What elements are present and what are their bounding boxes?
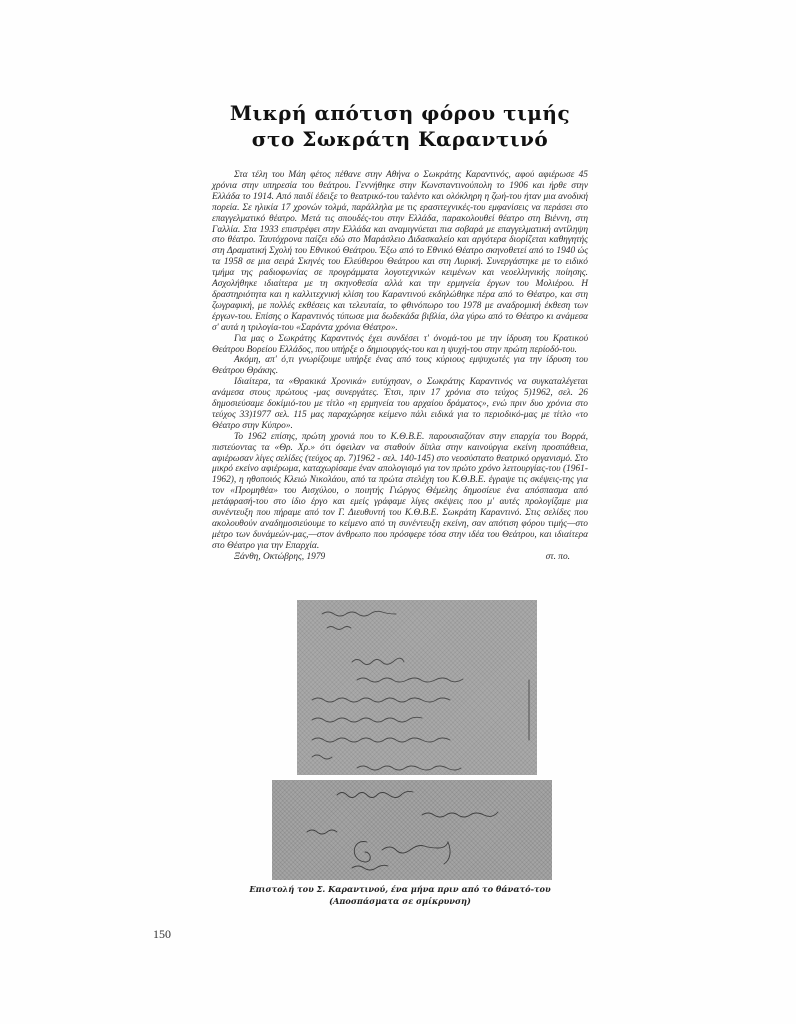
title-line-1: Μικρή απότιση φόρου τιμής [210, 100, 590, 126]
paragraph-5: Το 1962 επίσης, πρώτη χρονιά που το Κ.Θ.… [212, 432, 588, 552]
handwriting-signature [272, 780, 552, 880]
handwritten-letter-image-top [297, 600, 537, 775]
signoff: Ξάνθη, Οκτώβρης, 1979 στ. πο. [212, 552, 588, 563]
handwriting-scribbles [297, 600, 537, 775]
paragraph-2: Για μας ο Σωκράτης Καραντινός έχει συνδέ… [212, 334, 588, 356]
paragraph-3: Ακόμη, απ' ό,τι γνωρίζουμε υπήρξε ένας α… [212, 355, 588, 377]
signoff-place-date: Ξάνθη, Οκτώβρης, 1979 [234, 552, 325, 563]
page-number: 150 [153, 927, 171, 942]
caption-line-1: Επιστολή του Σ. Καραντινού, ένα μήνα πρι… [230, 883, 570, 895]
handwritten-letter-image-bottom [272, 780, 552, 880]
figure-caption: Επιστολή του Σ. Καραντινού, ένα μήνα πρι… [230, 883, 570, 907]
article-body: Στα τέλη του Μάη φέτος πέθανε στην Αθήνα… [212, 170, 588, 563]
signoff-initials: στ. πο. [546, 552, 570, 563]
title-line-2: στο Σωκράτη Καραντινό [210, 126, 590, 152]
document-page: Μικρή απότιση φόρου τιμής στο Σωκράτη Κα… [0, 0, 796, 1024]
article-title: Μικρή απότιση φόρου τιμής στο Σωκράτη Κα… [210, 100, 590, 152]
paragraph-4: Ιδιαίτερα, τα «Θρακικά Χρονικά» ευτύχησα… [212, 377, 588, 432]
paragraph-1: Στα τέλη του Μάη φέτος πέθανε στην Αθήνα… [212, 170, 588, 334]
caption-line-2: (Αποσπάσματα σε σμίκρυνση) [230, 895, 570, 907]
